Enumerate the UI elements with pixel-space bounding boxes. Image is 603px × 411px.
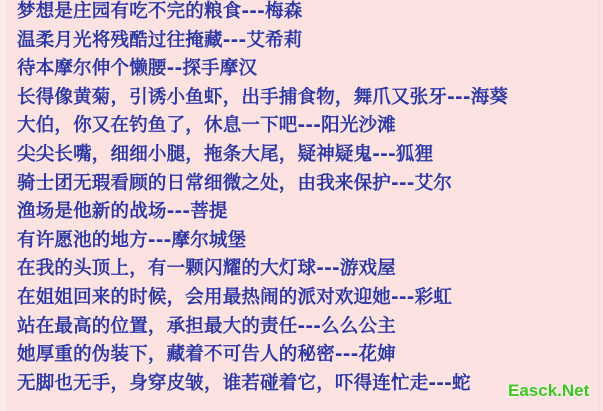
- riddle-line: 有许愿池的地方---摩尔城堡: [17, 227, 508, 256]
- right-edge-line: [598, 0, 599, 411]
- riddle-line: 在我的头顶上，有一颗闪耀的大灯球---游戏屋: [17, 255, 508, 284]
- riddle-line: 长得像黄菊，引诱小鱼虾，出手捕食物，舞爪又张牙---海葵: [17, 84, 508, 113]
- riddle-line: 骑士团无瑕看顾的日常细微之处，由我来保护---艾尔: [17, 170, 508, 199]
- riddle-line: 站在最高的位置，承担最大的责任---么么公主: [17, 313, 508, 342]
- riddle-line: 尖尖长嘴，细细小腿，拖条大尾，疑神疑鬼---狐狸: [17, 141, 508, 170]
- riddle-line: 无脚也无手，身穿皮皱，谁若碰着它，吓得连忙走---蛇: [17, 370, 508, 399]
- left-edge-strip: [0, 0, 7, 411]
- riddle-line: 在姐姐回来的时候，会用最热闹的派对欢迎她---彩虹: [17, 284, 508, 313]
- riddle-list: 梦想是庄园有吃不完的粮食---梅森 温柔月光将残酷过往掩藏---艾希莉 待本摩尔…: [17, 0, 508, 398]
- riddle-line: 温柔月光将残酷过往掩藏---艾希莉: [17, 27, 508, 56]
- riddle-line: 待本摩尔伸个懒腰--探手摩汉: [17, 55, 508, 84]
- riddle-line: 梦想是庄园有吃不完的粮食---梅森: [17, 0, 508, 27]
- watermark: Easck.Net: [508, 381, 589, 401]
- riddle-line: 她厚重的伪装下，藏着不可告人的秘密---花婶: [17, 341, 508, 370]
- riddle-line: 大伯，你又在钓鱼了，休息一下吧---阳光沙滩: [17, 112, 508, 141]
- riddle-line: 渔场是他新的战场---菩提: [17, 198, 508, 227]
